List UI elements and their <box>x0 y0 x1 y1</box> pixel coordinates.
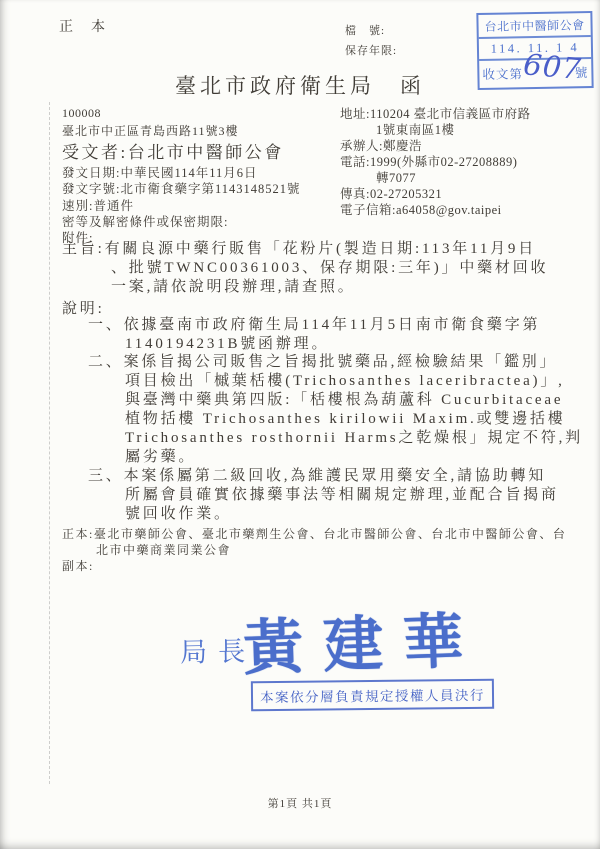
explanation-item-3: 三、本案係屬第二級回收,為維護民眾用藥安全,請協助轉知 所屬會員確實依據藥事法等… <box>88 467 559 524</box>
item-1-number: 一、 <box>88 317 124 333</box>
dispatch-date: 發文日期:中華民國114年11月6日 <box>62 165 301 181</box>
original-copy-recipients: 正本:臺北市藥師公會、臺北市藥劑生公會、台北市醫師公會、台北市中醫師公會、台 北… <box>62 527 566 558</box>
agency-address-line1: 地址:110204 臺北市信義區市府路 <box>340 106 531 122</box>
agency-phone-line2: 轉7077 <box>376 170 531 186</box>
agency-fax: 傳真:02-27205321 <box>340 186 531 202</box>
authorization-note-stamp: 本案依分層負責規定授權人員決行 <box>251 679 494 712</box>
received-stamp-org: 台北市中醫師公會 <box>478 13 590 39</box>
commissioner-name-signature-stamp: 黃建華 <box>242 593 485 687</box>
item-2-number: 二、 <box>88 354 124 370</box>
recipient-address: 臺北市中正區青島西路11號3樓 <box>62 122 239 139</box>
subject-label: 主旨: <box>62 241 105 257</box>
recipient-code: 100008 <box>62 106 101 121</box>
received-stamp-handwritten-number: 607 <box>522 50 583 84</box>
recipient-line: 受文者:台北市中醫師公會 <box>62 138 284 163</box>
explanation-item-1: 一、依據臺南市政府衛生局114年11月5日南市衛食藥字第 1140194231B… <box>88 316 540 354</box>
file-number-label: 檔 號: <box>345 22 385 38</box>
received-stamp-number-row: 收文第 607 號 <box>479 59 591 88</box>
retention-period-label: 保存年限: <box>345 42 397 58</box>
page-number: 第1頁 共1頁 <box>0 795 600 811</box>
item-3-number: 三、 <box>88 468 124 484</box>
received-stamp-prefix: 收文第 <box>482 64 523 83</box>
agency-contact-block: 地址:110204 臺北市信義區市府路 1號東南區1樓 承辦人:鄭慶浩 電話:1… <box>340 106 531 218</box>
dispatch-meta-block: 發文日期:中華民國114年11月6日 發文字號:北市衛食藥字第114314852… <box>62 165 301 246</box>
subject-line-3: 一案,請依說明段辦理,請查照。 <box>111 278 548 297</box>
dispatch-number: 發文字號:北市衛食藥字第1143148521號 <box>62 181 301 197</box>
subject-line-1: 主旨:有關良源中藥行販售「花粉片(製造日期:113年11月9日 <box>62 240 548 259</box>
agency-phone-line1: 電話:1999(外縣市02-27208889) <box>340 154 531 170</box>
scanned-letter-page: 正 本 檔 號: 保存年限: 臺北市政府衛生局 函 台北市中醫師公會 114. … <box>0 0 600 849</box>
cc-label: 正本: <box>62 527 94 541</box>
subject-line-2: 、批號TWNC00361003、保存期限:三年)」中藥材回收 <box>111 259 548 278</box>
duplicate-copy-label: 副本: <box>62 557 94 574</box>
classification: 密等及解密條件或保密期限: <box>62 214 301 230</box>
subject-block: 主旨:有關良源中藥行販售「花粉片(製造日期:113年11月9日 、批號TWNC0… <box>62 240 548 297</box>
copy-type-label: 正 本 <box>59 16 107 36</box>
agency-contact-person: 承辦人:鄭慶浩 <box>340 138 531 154</box>
received-stamp: 台北市中醫師公會 114. 11. 1 4 收文第 607 號 <box>476 11 593 90</box>
fold-dashed-line <box>49 102 50 784</box>
explanation-label: 說明: <box>62 297 105 318</box>
agency-email: 電子信箱:a64058@gov.taipei <box>340 202 531 218</box>
agency-address-line2: 1號東南區1樓 <box>376 122 531 138</box>
priority: 速別:普通件 <box>62 198 301 214</box>
explanation-item-2: 二、案係旨揭公司販售之旨揭批號藥品,經檢驗結果「鑑別」 項目檢出「槭葉栝樓(Tr… <box>88 353 583 467</box>
